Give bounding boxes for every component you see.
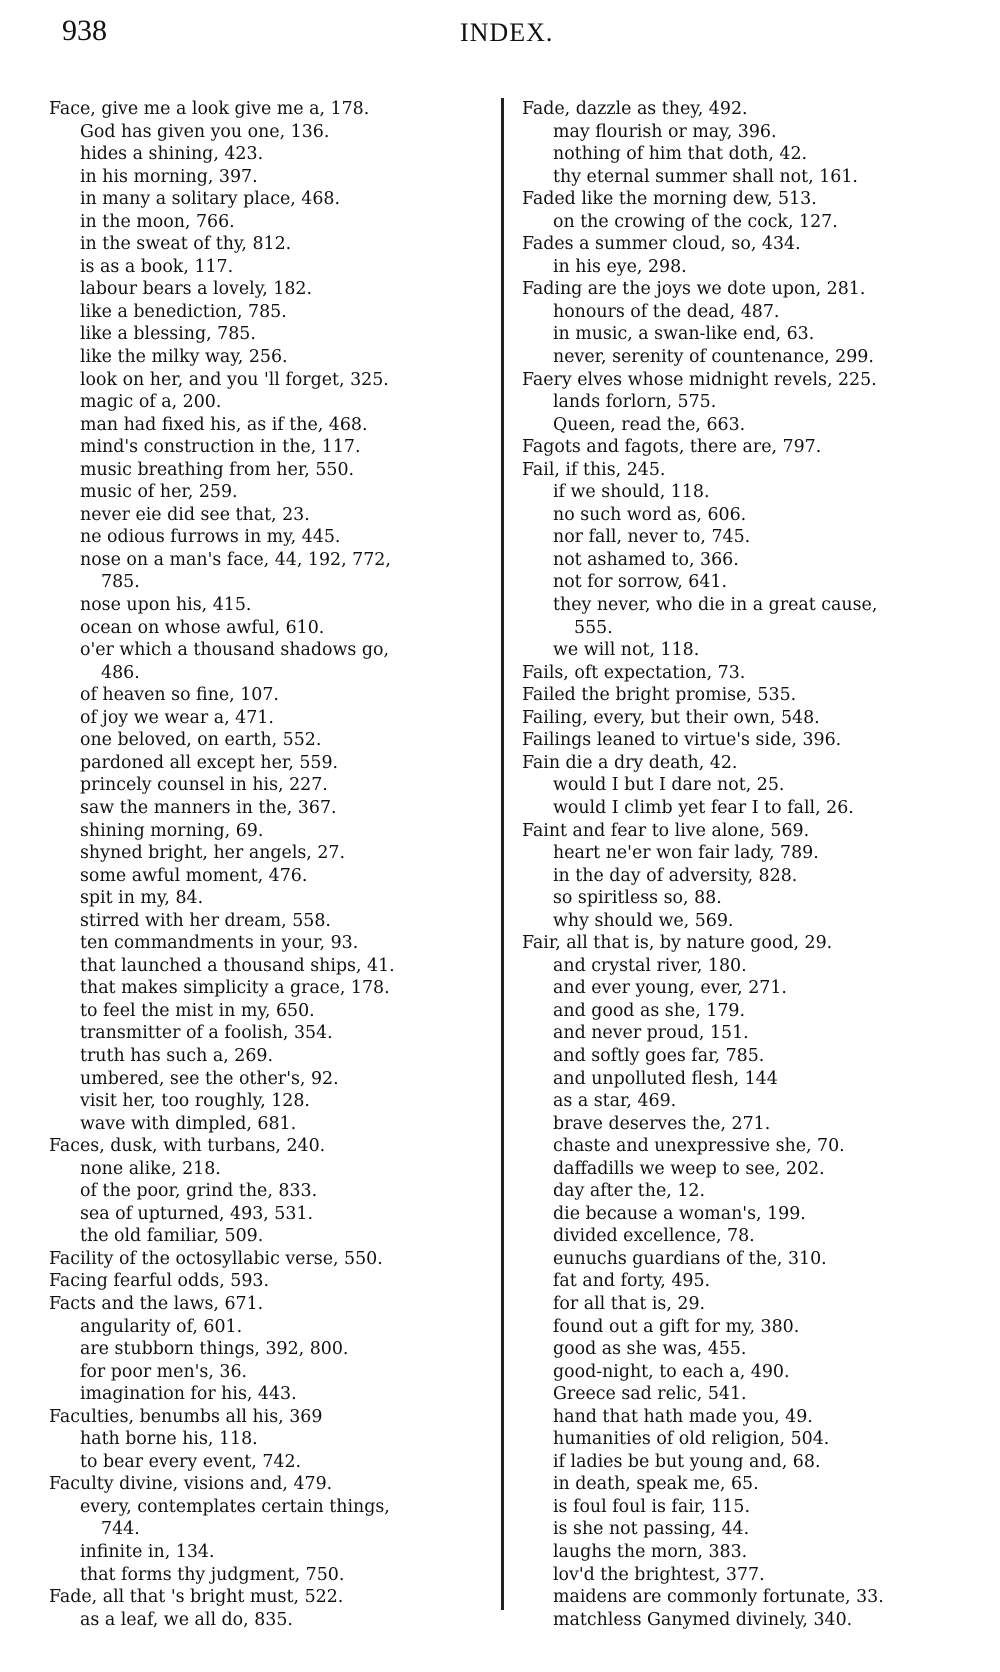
index-subentry: would I climb yet fear I to fall, 26.: [522, 797, 977, 820]
index-subentry: angularity of, 601.: [49, 1316, 499, 1339]
index-subentry: labour bears a lovely, 182.: [49, 278, 499, 301]
index-subentry: in music, a swan-like end, 63.: [522, 323, 977, 346]
index-subentry: transmitter of a foolish, 354.: [49, 1022, 499, 1045]
index-subentry: shining morning, 69.: [49, 820, 499, 843]
index-entry: Fagots and fagots, there are, 797.: [522, 436, 977, 459]
index-subentry: why should we, 569.: [522, 910, 977, 933]
index-subentry: never, serenity of countenance, 299.: [522, 346, 977, 369]
index-subentry: are stubborn things, 392, 800.: [49, 1338, 499, 1361]
index-subentry: like the milky way, 256.: [49, 346, 499, 369]
index-subentry: lov'd the brightest, 377.: [522, 1564, 977, 1587]
index-subentry: in death, speak me, 65.: [522, 1473, 977, 1496]
index-entry: Failing, every, but their own, 548.: [522, 707, 977, 730]
page-number: 938: [62, 14, 107, 48]
index-entry: Faded like the morning dew, 513.: [522, 188, 977, 211]
index-continuation: 486.: [49, 662, 499, 685]
index-entry: Facts and the laws, 671.: [49, 1293, 499, 1316]
index-entry: Faces, dusk, with turbans, 240.: [49, 1135, 499, 1158]
index-subentry: may flourish or may, 396.: [522, 121, 977, 144]
index-subentry: so spiritless so, 88.: [522, 887, 977, 910]
index-subentry: saw the manners in the, 367.: [49, 797, 499, 820]
index-subentry: and unpolluted flesh, 144: [522, 1068, 977, 1091]
index-subentry: stirred with her dream, 558.: [49, 910, 499, 933]
index-subentry: is foul foul is fair, 115.: [522, 1496, 977, 1519]
index-subentry: magic of a, 200.: [49, 391, 499, 414]
index-subentry: eunuchs guardians of the, 310.: [522, 1248, 977, 1271]
index-subentry: and good as she, 179.: [522, 1000, 977, 1023]
index-subentry: die because a woman's, 199.: [522, 1203, 977, 1226]
index-entry: Facility of the octosyllabic verse, 550.: [49, 1248, 499, 1271]
index-subentry: brave deserves the, 271.: [522, 1113, 977, 1136]
index-subentry: not for sorrow, 641.: [522, 571, 977, 594]
index-subentry: good-night, to each a, 490.: [522, 1361, 977, 1384]
index-subentry: fat and forty, 495.: [522, 1270, 977, 1293]
index-entry: Fails, oft expectation, 73.: [522, 662, 977, 685]
index-subentry: no such word as, 606.: [522, 504, 977, 527]
index-subentry: we will not, 118.: [522, 639, 977, 662]
index-subentry: ocean on whose awful, 610.: [49, 617, 499, 640]
index-subentry: none alike, 218.: [49, 1158, 499, 1181]
index-subentry: mind's construction in the, 117.: [49, 436, 499, 459]
index-subentry: umbered, see the other's, 92.: [49, 1068, 499, 1091]
index-subentry: hath borne his, 118.: [49, 1428, 499, 1451]
index-subentry: to feel the mist in my, 650.: [49, 1000, 499, 1023]
index-entry: Faculty divine, visions and, 479.: [49, 1473, 499, 1496]
running-head: INDEX.: [460, 18, 553, 48]
index-column-right: Fade, dazzle as they, 492.may flourish o…: [522, 98, 977, 1631]
index-subentry: pardoned all except her, 559.: [49, 752, 499, 775]
index-subentry: imagination for his, 443.: [49, 1383, 499, 1406]
index-continuation: 744.: [49, 1518, 499, 1541]
index-entry: Fade, all that 's bright must, 522.: [49, 1586, 499, 1609]
index-entry: Face, give me a look give me a, 178.: [49, 98, 499, 121]
index-subentry: hand that hath made you, 49.: [522, 1406, 977, 1429]
index-subentry: they never, who die in a great cause,: [522, 594, 977, 617]
index-subentry: thy eternal summer shall not, 161.: [522, 166, 977, 189]
index-subentry: every, contemplates certain things,: [49, 1496, 499, 1519]
index-subentry: as a star, 469.: [522, 1090, 977, 1113]
index-subentry: humanities of old religion, 504.: [522, 1428, 977, 1451]
index-subentry: maidens are commonly fortunate, 33.: [522, 1586, 977, 1609]
index-subentry: spit in my, 84.: [49, 887, 499, 910]
index-subentry: if we should, 118.: [522, 481, 977, 504]
index-subentry: shyned bright, her angels, 27.: [49, 842, 499, 865]
index-subentry: visit her, too roughly, 128.: [49, 1090, 499, 1113]
index-subentry: lands forlorn, 575.: [522, 391, 977, 414]
index-subentry: nothing of him that doth, 42.: [522, 143, 977, 166]
index-subentry: would I but I dare not, 25.: [522, 774, 977, 797]
index-subentry: Greece sad relic, 541.: [522, 1383, 977, 1406]
index-subentry: chaste and unexpressive she, 70.: [522, 1135, 977, 1158]
index-subentry: matchless Ganymed divinely, 340.: [522, 1609, 977, 1632]
index-subentry: some awful moment, 476.: [49, 865, 499, 888]
index-subentry: day after the, 12.: [522, 1180, 977, 1203]
index-subentry: one beloved, on earth, 552.: [49, 729, 499, 752]
index-subentry: music of her, 259.: [49, 481, 499, 504]
index-subentry: in many a solitary place, 468.: [49, 188, 499, 211]
index-subentry: wave with dimpled, 681.: [49, 1113, 499, 1136]
index-entry: Fading are the joys we dote upon, 281.: [522, 278, 977, 301]
index-entry: Fades a summer cloud, so, 434.: [522, 233, 977, 256]
index-subentry: sea of upturned, 493, 531.: [49, 1203, 499, 1226]
index-subentry: ne odious furrows in my, 445.: [49, 526, 499, 549]
index-subentry: hides a shining, 423.: [49, 143, 499, 166]
index-entry: Failed the bright promise, 535.: [522, 684, 977, 707]
index-subentry: that makes simplicity a grace, 178.: [49, 977, 499, 1000]
index-subentry: and softly goes far, 785.: [522, 1045, 977, 1068]
index-subentry: nor fall, never to, 745.: [522, 526, 977, 549]
index-entry: Facing fearful odds, 593.: [49, 1270, 499, 1293]
index-subentry: found out a gift for my, 380.: [522, 1316, 977, 1339]
index-subentry: truth has such a, 269.: [49, 1045, 499, 1068]
index-subentry: infinite in, 134.: [49, 1541, 499, 1564]
index-subentry: princely counsel in his, 227.: [49, 774, 499, 797]
index-entry: Faculties, benumbs all his, 369: [49, 1406, 499, 1429]
index-subentry: in his morning, 397.: [49, 166, 499, 189]
index-subentry: nose upon his, 415.: [49, 594, 499, 617]
index-entry: Faery elves whose midnight revels, 225.: [522, 369, 977, 392]
index-entry: Faint and fear to live alone, 569.: [522, 820, 977, 843]
index-subentry: laughs the morn, 383.: [522, 1541, 977, 1564]
index-subentry: in the sweat of thy, 812.: [49, 233, 499, 256]
index-subentry: divided excellence, 78.: [522, 1225, 977, 1248]
index-subentry: the old familiar, 509.: [49, 1225, 499, 1248]
index-subentry: of heaven so fine, 107.: [49, 684, 499, 707]
index-subentry: for all that is, 29.: [522, 1293, 977, 1316]
index-subentry: that forms thy judgment, 750.: [49, 1564, 499, 1587]
index-subentry: nose on a man's face, 44, 192, 772,: [49, 549, 499, 572]
index-subentry: God has given you one, 136.: [49, 121, 499, 144]
index-subentry: in his eye, 298.: [522, 256, 977, 279]
index-entry: Fail, if this, 245.: [522, 459, 977, 482]
index-subentry: good as she was, 455.: [522, 1338, 977, 1361]
index-subentry: in the day of adversity, 828.: [522, 865, 977, 888]
index-subentry: is as a book, 117.: [49, 256, 499, 279]
index-subentry: honours of the dead, 487.: [522, 301, 977, 324]
column-divider: [501, 98, 504, 1610]
index-subentry: and never proud, 151.: [522, 1022, 977, 1045]
index-continuation: 785.: [49, 571, 499, 594]
index-subentry: not ashamed to, 366.: [522, 549, 977, 572]
index-subentry: look on her, and you 'll forget, 325.: [49, 369, 499, 392]
index-entry: Failings leaned to virtue's side, 396.: [522, 729, 977, 752]
index-subentry: to bear every event, 742.: [49, 1451, 499, 1474]
index-subentry: o'er which a thousand shadows go,: [49, 639, 499, 662]
index-subentry: man had fixed his, as if the, 468.: [49, 414, 499, 437]
index-subentry: ten commandments in your, 93.: [49, 932, 499, 955]
index-subentry: never eie did see that, 23.: [49, 504, 499, 527]
index-subentry: of the poor, grind the, 833.: [49, 1180, 499, 1203]
index-subentry: like a blessing, 785.: [49, 323, 499, 346]
index-subentry: and crystal river, 180.: [522, 955, 977, 978]
index-subentry: is she not passing, 44.: [522, 1518, 977, 1541]
index-subentry: if ladies be but young and, 68.: [522, 1451, 977, 1474]
index-entry: Fade, dazzle as they, 492.: [522, 98, 977, 121]
index-subentry: Queen, read the, 663.: [522, 414, 977, 437]
index-subentry: heart ne'er won fair lady, 789.: [522, 842, 977, 865]
index-subentry: and ever young, ever, 271.: [522, 977, 977, 1000]
index-column-left: Face, give me a look give me a, 178.God …: [49, 98, 499, 1631]
index-subentry: as a leaf, we all do, 835.: [49, 1609, 499, 1632]
index-subentry: like a benediction, 785.: [49, 301, 499, 324]
index-entry: Fain die a dry death, 42.: [522, 752, 977, 775]
index-entry: Fair, all that is, by nature good, 29.: [522, 932, 977, 955]
index-subentry: music breathing from her, 550.: [49, 459, 499, 482]
index-subentry: of joy we wear a, 471.: [49, 707, 499, 730]
index-continuation: 555.: [522, 617, 977, 640]
index-subentry: on the crowing of the cock, 127.: [522, 211, 977, 234]
index-subentry: in the moon, 766.: [49, 211, 499, 234]
index-subentry: that launched a thousand ships, 41.: [49, 955, 499, 978]
index-subentry: for poor men's, 36.: [49, 1361, 499, 1384]
index-subentry: daffadills we weep to see, 202.: [522, 1158, 977, 1181]
